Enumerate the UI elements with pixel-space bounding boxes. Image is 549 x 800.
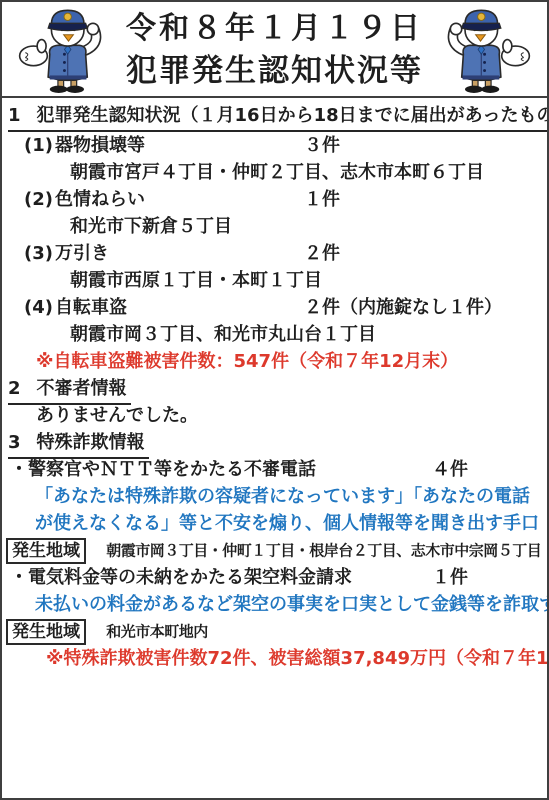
section1-number: 1: [8, 103, 21, 129]
crime-item-row: (3) 万引き ２件: [2, 240, 547, 267]
section3-title: 特殊詐欺情報: [37, 432, 145, 453]
crime-name: 自転車盗: [55, 294, 127, 321]
fraud-type: ・警察官やＮＴＴ等をかたる不審電話: [10, 459, 316, 480]
title-date: 令和８年１月１９日: [112, 8, 437, 50]
header: 令和８年１月１９日 犯罪発生認知状況等: [2, 2, 547, 98]
page-title: 令和８年１月１９日 犯罪発生認知状況等: [112, 8, 437, 92]
item-number: (2): [24, 186, 53, 213]
crime-item-row: (2) 色情ねらい １件: [2, 186, 547, 213]
crime-count: １件: [304, 186, 340, 213]
fraud-type: ・電気料金等の未納をかたる架空料金請求: [10, 567, 352, 588]
content: 1犯罪発生認知状況（１月16日から18日までに届出があったもの） (1) 器物損…: [2, 98, 547, 672]
item-number: (1): [24, 132, 53, 159]
section1-heading: 1犯罪発生認知状況（１月16日から18日までに届出があったもの）: [2, 103, 547, 132]
crime-address: 朝霞市宮戸４丁目・仲町２丁目、志木市本町６丁目: [2, 159, 547, 186]
fraud-area: 朝霞市岡３丁目・仲町１丁目・根岸台２丁目、志木市中宗岡５丁目: [106, 542, 541, 560]
police-bird-mascot-svg: [439, 7, 535, 95]
section1-title: 犯罪発生認知状況（１月16日から18日までに届出があったもの）: [37, 105, 549, 126]
area-label-badge: 発生地域: [6, 538, 86, 564]
item-number: (4): [24, 294, 53, 321]
section3-number: 3: [8, 429, 21, 456]
crime-name: 万引き: [55, 240, 109, 267]
area-label-badge: 発生地域: [6, 619, 86, 645]
section2-number: 2: [8, 375, 21, 402]
police-bird-mascot-icon: [14, 7, 110, 95]
fraud-method-line: が使えなくなる」等と不安を煽り、個人情報等を聞き出す手口: [2, 510, 547, 537]
crime-address: 和光市下新倉５丁目: [2, 213, 547, 240]
crime-count: ２件: [304, 240, 340, 267]
fraud-area: 和光市本町地内: [106, 623, 208, 641]
crime-count: ２件（内施錠なし１件）: [304, 294, 502, 321]
crime-item-row: (1) 器物損壊等 ３件: [2, 132, 547, 159]
fraud-area-row: 発生地域 和光市本町地内: [2, 618, 547, 645]
crime-name: 色情ねらい: [55, 186, 145, 213]
fraud-entry-row: ・電気料金等の未納をかたる架空料金請求 １件: [2, 564, 547, 591]
fraud-area-row: 発生地域 朝霞市岡３丁目・仲町１丁目・根岸台２丁目、志木市中宗岡５丁目: [2, 537, 547, 564]
section1-heading-underline: 1犯罪発生認知状況（１月16日から18日までに届出があったもの）: [8, 103, 549, 132]
fraud-method-line: 「あなたは特殊詐欺の容疑者になっています」「あなたの電話: [2, 483, 547, 510]
bicycle-theft-note: ※自転車盗難被害件数：547件（令和７年12月末）: [2, 348, 547, 375]
fraud-method-line: 未払いの料金があるなど架空の事実を口実として金銭等を詐取する手口: [2, 591, 547, 618]
section2-heading: 2不審者情報: [2, 375, 547, 402]
crime-item-row: (4) 自転車盗 ２件（内施錠なし１件）: [2, 294, 547, 321]
section2-heading-underline: 2不審者情報: [8, 375, 131, 405]
section2-title: 不審者情報: [37, 378, 127, 399]
crime-name: 器物損壊等: [55, 132, 145, 159]
bulletin-page: 令和８年１月１９日 犯罪発生認知状況等 1犯罪発生認知状況（１月16日から18日…: [0, 0, 549, 800]
section2-body: ありませんでした。: [2, 402, 547, 429]
fraud-count: １件: [432, 564, 468, 591]
section3-heading: 3特殊詐欺情報: [2, 429, 547, 456]
title-main: 犯罪発生認知状況等: [112, 50, 437, 92]
fraud-entry-row: ・警察官やＮＴＴ等をかたる不審電話 ４件: [2, 456, 547, 483]
item-number: (3): [24, 240, 53, 267]
police-bird-mascot-icon: [439, 7, 535, 95]
police-bird-mascot-svg: [14, 7, 110, 95]
crime-address: 朝霞市岡３丁目、和光市丸山台１丁目: [2, 321, 547, 348]
fraud-total-note: ※特殊詐欺被害件数72件、被害総額37,849万円（令和７年12月末）: [2, 645, 547, 672]
crime-count: ３件: [304, 132, 340, 159]
crime-address: 朝霞市西原１丁目・本町１丁目: [2, 267, 547, 294]
section3-heading-underline: 3特殊詐欺情報: [8, 429, 149, 459]
fraud-count: ４件: [432, 456, 468, 483]
